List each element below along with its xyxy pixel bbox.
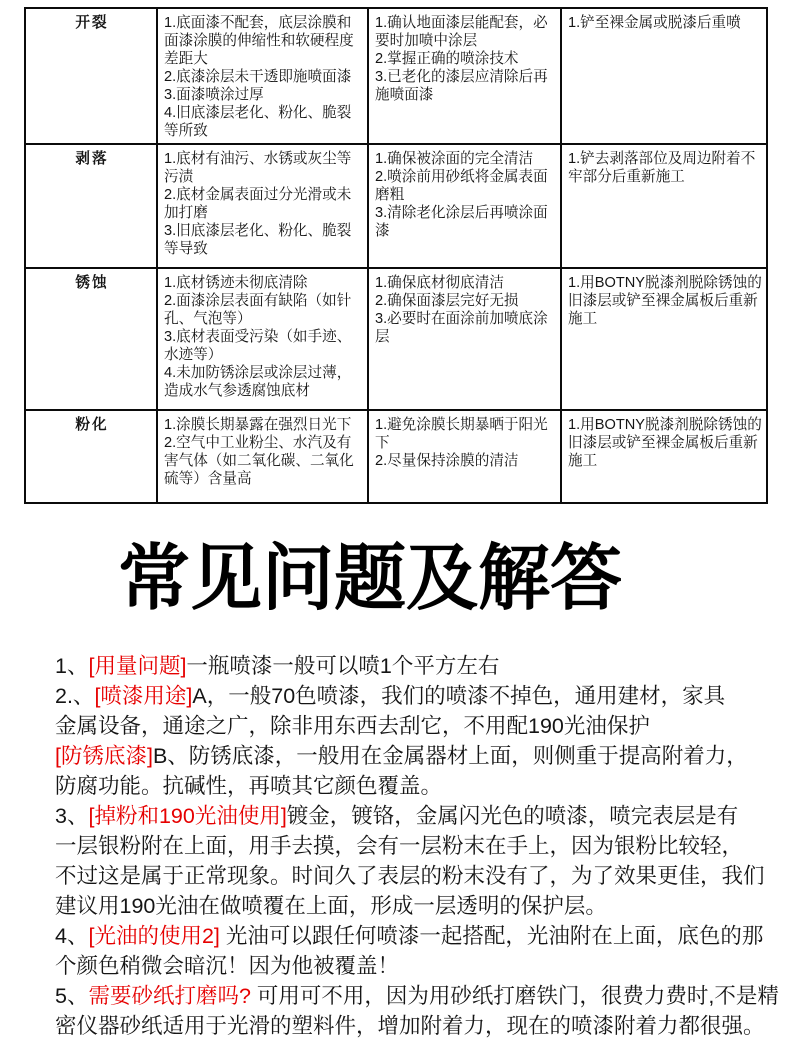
prevention-cell: 1.避免涂膜长期暴晒于阳光下2.尽量保持涂膜的清洁 bbox=[368, 410, 561, 503]
problem-name-cell: 开裂 bbox=[25, 8, 157, 144]
faq-text: 个颜色稍微会暗沉！因为他被覆盖！ bbox=[55, 954, 399, 978]
cell-item-text: 3.底材表面受污染（如手迹、水迹等） bbox=[164, 328, 363, 364]
faq-line: 建议用190光油在做喷覆在上面，形成一层透明的保护层。 bbox=[55, 891, 755, 921]
faq-line: 3、[掉粉和190光油使用]镀金，镀铬，金属闪光色的喷漆，喷完表层是有 bbox=[55, 801, 755, 831]
faq-lines: 1、[用量问题]一瓶喷漆一般可以喷1个平方左右2.、[喷漆用途]A，一般70色喷… bbox=[55, 651, 755, 1041]
cell-item-text: 3.已老化的漆层应清除后再施喷面漆 bbox=[375, 68, 556, 104]
repair-cell: 1.铲去剥落部位及周边附着不牢部分后重新施工 bbox=[561, 144, 767, 268]
faq-line: 不过这是属于正常现象。时间久了表层的粉末没有了，为了效果更佳，我们 bbox=[55, 861, 755, 891]
faq-line: 一层银粉附在上面，用手去摸，会有一层粉末在手上，因为银粉比较轻， bbox=[55, 831, 755, 861]
cell-item-text: 1.确保底材彻底清洁 bbox=[375, 274, 556, 292]
cell-item-text: 1.确保被涂面的完全清洁 bbox=[375, 150, 556, 168]
faq-line: [防锈底漆]B、防锈底漆，一般用在金属器材上面，则侧重于提高附着力， bbox=[55, 741, 755, 771]
cell-item-text: 3.旧底漆层老化、粉化、脆裂等导致 bbox=[164, 222, 363, 258]
faq-text: 密仪器砂纸适用于光滑的塑料件，增加附着力，现在的喷漆附着力都很强。 bbox=[55, 1014, 765, 1038]
repair-cell: 1.用BOTNY脱漆剂脱除锈蚀的旧漆层或铲至裸金属板后重新施工 bbox=[561, 410, 767, 503]
faq-text: 金属设备，通途之广，除非用东西去刮它，不用配190光油保护 bbox=[55, 714, 650, 738]
cell-item-text: 3.面漆喷涂过厚 bbox=[164, 86, 363, 104]
table-row: 剥落1.底材有油污、水锈或灰尘等污渍2.底材金属表面过分光滑或未加打磨3.旧底漆… bbox=[25, 144, 767, 268]
cell-item-text: 4.未加防锈涂层或涂层过薄，造成水气参透腐蚀底材 bbox=[164, 364, 363, 400]
cell-item-text: 1.底面漆不配套，底层涂膜和面漆涂膜的伸缩性和软硬程度差距大 bbox=[164, 14, 363, 68]
problem-table: 开裂1.底面漆不配套，底层涂膜和面漆涂膜的伸缩性和软硬程度差距大2.底漆涂层未干… bbox=[24, 7, 768, 504]
cell-item-text: 2.尽量保持涂膜的清洁 bbox=[375, 452, 556, 470]
faq-text: 2.、 bbox=[55, 684, 94, 708]
faq-highlight-tag: [防锈底漆] bbox=[55, 744, 153, 768]
prevention-cell: 1.确保底材彻底清洁2.确保面漆层完好无损3.必要时在面涂前加喷底涂层 bbox=[368, 268, 561, 410]
faq-text: 3、 bbox=[55, 804, 88, 828]
faq-highlight-tag: [喷漆用途] bbox=[94, 684, 192, 708]
repair-cell: 1.铲至裸金属或脱漆后重喷 bbox=[561, 8, 767, 144]
faq-text: 不过这是属于正常现象。时间久了表层的粉末没有了，为了效果更佳，我们 bbox=[55, 864, 765, 888]
faq-text: 4、 bbox=[55, 924, 88, 948]
causes-cell: 1.涂膜长期暴露在强烈日光下2.空气中工业粉尘、水汽及有害气体（如二氧化碳、二氧… bbox=[157, 410, 368, 503]
faq-line: 密仪器砂纸适用于光滑的塑料件，增加附着力，现在的喷漆附着力都很强。 bbox=[55, 1011, 755, 1041]
cell-item-text: 1.用BOTNY脱漆剂脱除锈蚀的旧漆层或铲至裸金属板后重新施工 bbox=[568, 416, 762, 470]
faq-text: 一层银粉附在上面，用手去摸，会有一层粉末在手上，因为银粉比较轻， bbox=[55, 834, 743, 858]
faq-line: 金属设备，通途之广，除非用东西去刮它，不用配190光油保护 bbox=[55, 711, 755, 741]
cell-item-text: 3.必要时在面涂前加喷底涂层 bbox=[375, 310, 556, 346]
cell-item-text: 2.喷涂前用砂纸将金属表面磨粗 bbox=[375, 168, 556, 204]
faq-line: 1、[用量问题]一瓶喷漆一般可以喷1个平方左右 bbox=[55, 651, 755, 681]
faq-line: 4、[光油的使用2] 光油可以跟任何喷漆一起搭配，光油附在上面，底色的那 bbox=[55, 921, 755, 951]
faq-highlight-tag: [掉粉和190光油使用] bbox=[88, 804, 286, 828]
causes-cell: 1.底面漆不配套，底层涂膜和面漆涂膜的伸缩性和软硬程度差距大2.底漆涂层未干透即… bbox=[157, 8, 368, 144]
cell-item-text: 1.铲去剥落部位及周边附着不牢部分后重新施工 bbox=[568, 150, 762, 186]
cell-item-text: 2.底漆涂层未干透即施喷面漆 bbox=[164, 68, 363, 86]
faq-line: 2.、[喷漆用途]A，一般70色喷漆，我们的喷漆不掉色，通用建材，家具 bbox=[55, 681, 755, 711]
faq-line: 防腐功能。抗碱性，再喷其它颜色覆盖。 bbox=[55, 771, 755, 801]
causes-cell: 1.底材有油污、水锈或灰尘等污渍2.底材金属表面过分光滑或未加打磨3.旧底漆层老… bbox=[157, 144, 368, 268]
cell-item-text: 2.确保面漆层完好无损 bbox=[375, 292, 556, 310]
faq-text: 光油可以跟任何喷漆一起搭配，光油附在上面，底色的那 bbox=[220, 924, 763, 948]
cell-item-text: 1.避免涂膜长期暴晒于阳光下 bbox=[375, 416, 556, 452]
prevention-cell: 1.确认地面漆层能配套，必要时加喷中涂层2.掌握正确的喷涂技术3.已老化的漆层应… bbox=[368, 8, 561, 144]
faq-text: 可用可不用，因为用砂纸打磨铁门，很费力费时,不是精 bbox=[251, 984, 779, 1008]
cell-item-text: 2.空气中工业粉尘、水汽及有害气体（如二氧化碳、二氧化硫等）含量高 bbox=[164, 434, 363, 488]
faq-text: 建议用190光油在做喷覆在上面，形成一层透明的保护层。 bbox=[55, 894, 607, 918]
table-row: 粉化1.涂膜长期暴露在强烈日光下2.空气中工业粉尘、水汽及有害气体（如二氧化碳、… bbox=[25, 410, 767, 503]
repair-cell: 1.用BOTNY脱漆剂脱除锈蚀的旧漆层或铲至裸金属板后重新施工 bbox=[561, 268, 767, 410]
faq-text: 1、 bbox=[55, 654, 88, 678]
cell-item-text: 2.底材金属表面过分光滑或未加打磨 bbox=[164, 186, 363, 222]
cell-item-text: 1.铲至裸金属或脱漆后重喷 bbox=[568, 14, 762, 32]
cell-item-text: 1.涂膜长期暴露在强烈日光下 bbox=[164, 416, 363, 434]
problem-name-cell: 粉化 bbox=[25, 410, 157, 503]
faq-text: A，一般70色喷漆，我们的喷漆不掉色，通用建材，家具 bbox=[192, 684, 725, 708]
cell-item-text: 1.底材有油污、水锈或灰尘等污渍 bbox=[164, 150, 363, 186]
problem-name-cell: 锈蚀 bbox=[25, 268, 157, 410]
paint-problem-table-section: 开裂1.底面漆不配套，底层涂膜和面漆涂膜的伸缩性和软硬程度差距大2.底漆涂层未干… bbox=[24, 7, 768, 504]
faq-highlight-tag: 需要砂纸打磨吗? bbox=[88, 984, 250, 1008]
problem-name-cell: 剥落 bbox=[25, 144, 157, 268]
faq-highlight-tag: [用量问题] bbox=[88, 654, 186, 678]
cell-item-text: 1.确认地面漆层能配套，必要时加喷中涂层 bbox=[375, 14, 556, 50]
cell-item-text: 1.用BOTNY脱漆剂脱除锈蚀的旧漆层或铲至裸金属板后重新施工 bbox=[568, 274, 762, 328]
problem-table-body: 开裂1.底面漆不配套，底层涂膜和面漆涂膜的伸缩性和软硬程度差距大2.底漆涂层未干… bbox=[25, 8, 767, 503]
prevention-cell: 1.确保被涂面的完全清洁2.喷涂前用砂纸将金属表面磨粗3.清除老化涂层后再喷涂面… bbox=[368, 144, 561, 268]
faq-section-title: 常见问题及解答 bbox=[0, 534, 740, 624]
cell-item-text: 2.面漆涂层表面有缺陷（如针孔、气泡等） bbox=[164, 292, 363, 328]
cell-item-text: 1.底材锈迹未彻底清除 bbox=[164, 274, 363, 292]
faq-text: 镀金，镀铬，金属闪光色的喷漆，喷完表层是有 bbox=[287, 804, 739, 828]
causes-cell: 1.底材锈迹未彻底清除2.面漆涂层表面有缺陷（如针孔、气泡等）3.底材表面受污染… bbox=[157, 268, 368, 410]
cell-item-text: 2.掌握正确的喷涂技术 bbox=[375, 50, 556, 68]
cell-item-text: 3.清除老化涂层后再喷涂面漆 bbox=[375, 204, 556, 240]
faq-text: B、防锈底漆，一般用在金属器材上面，则侧重于提高附着力， bbox=[153, 744, 748, 768]
faq-text: 防腐功能。抗碱性，再喷其它颜色覆盖。 bbox=[55, 774, 442, 798]
table-row: 锈蚀1.底材锈迹未彻底清除2.面漆涂层表面有缺陷（如针孔、气泡等）3.底材表面受… bbox=[25, 268, 767, 410]
table-row: 开裂1.底面漆不配套，底层涂膜和面漆涂膜的伸缩性和软硬程度差距大2.底漆涂层未干… bbox=[25, 8, 767, 144]
product-description-page: 开裂1.底面漆不配套，底层涂膜和面漆涂膜的伸缩性和软硬程度差距大2.底漆涂层未干… bbox=[0, 0, 790, 1049]
faq-text: 5、 bbox=[55, 984, 88, 1008]
faq-line: 个颜色稍微会暗沉！因为他被覆盖！ bbox=[55, 951, 755, 981]
cell-item-text: 4.旧底漆层老化、粉化、脆裂等所致 bbox=[164, 104, 363, 140]
faq-text: 一瓶喷漆一般可以喷1个平方左右 bbox=[186, 654, 499, 678]
faq-line: 5、需要砂纸打磨吗? 可用可不用，因为用砂纸打磨铁门，很费力费时,不是精 bbox=[55, 981, 755, 1011]
faq-highlight-tag: [光油的使用2] bbox=[88, 924, 219, 948]
